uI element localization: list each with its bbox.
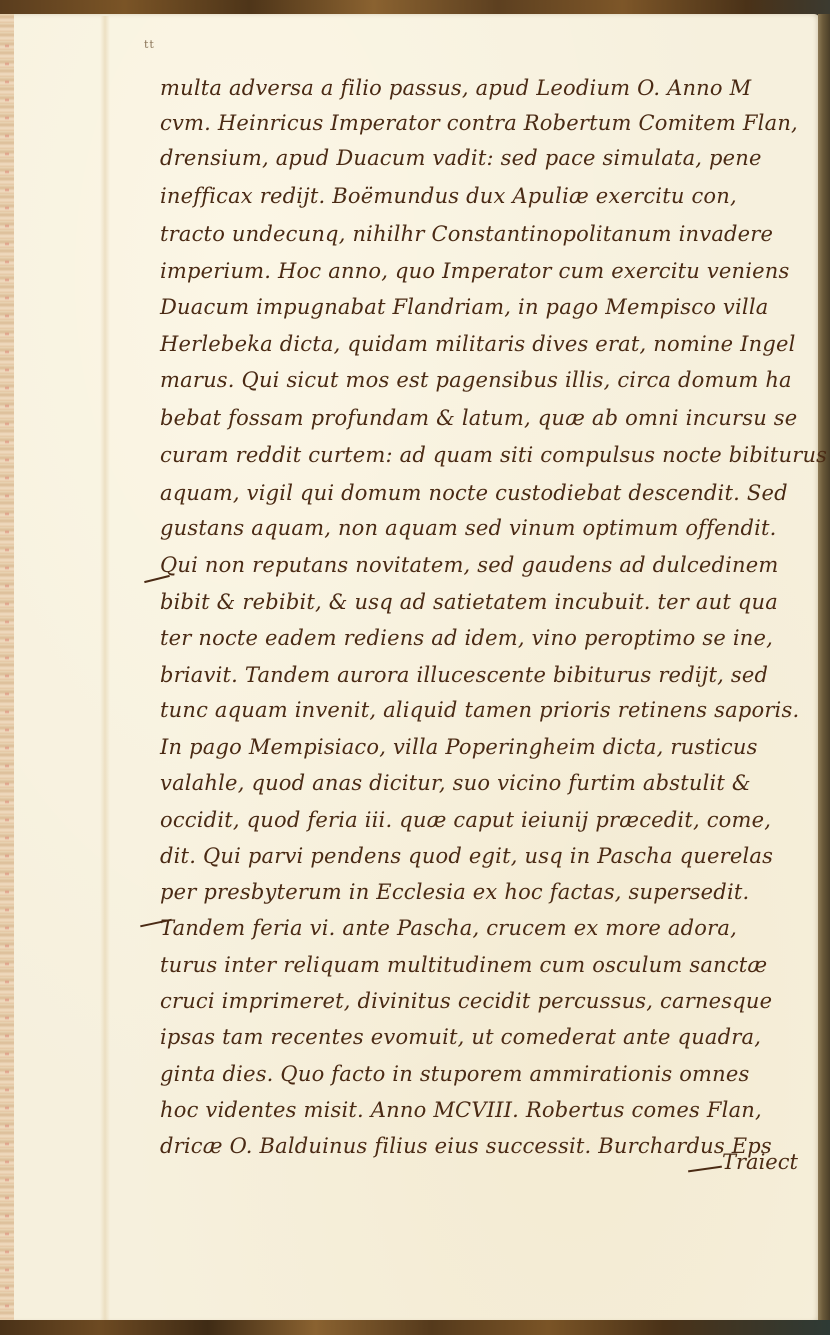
text-line: tunc aquam invenit, aliquid tamen priori… [160,698,799,722]
text-line: gustans aquam, non aquam sed vinum optim… [160,516,777,540]
corner-mark: tt [144,38,155,51]
book-cover-edge [818,14,830,1324]
text-line: curam reddit curtem: ad quam siti compul… [160,443,827,467]
book-binding-bottom [0,1320,830,1335]
text-line: aquam, vigil qui domum nocte custodiebat… [160,481,788,505]
red-edge-specks [5,30,9,1320]
text-line: occidit, quod feria iii. quæ caput ieiun… [160,808,771,832]
text-line: drensium, apud Duacum vadit: sed pace si… [160,146,762,170]
text-line: inefficax redijt. Boëmundus dux Apuliæ e… [160,184,737,208]
page-fold-shadow [100,16,110,1322]
catchword: Traiect [722,1150,798,1174]
text-line: ipsas tam recentes evomuit, ut comederat… [160,1025,761,1049]
text-line: Tandem feria vi. ante Pascha, crucem ex … [160,916,737,940]
text-line: briavit. Tandem aurora illucescente bibi… [160,663,768,687]
text-line: cruci imprimeret, divinitus cecidit perc… [160,989,772,1013]
text-line: bebat fossam profundam & latum, quæ ab o… [160,406,797,430]
text-line: hoc videntes misit. Anno MCVIII. Robertu… [160,1098,762,1122]
text-line: imperium. Hoc anno, quo Imperator cum ex… [160,259,790,283]
text-line: In pago Mempisiaco, villa Poperingheim d… [160,735,758,759]
text-line: tracto undecunq, nihilhr Constantinopoli… [160,222,773,246]
text-line: turus inter reliquam multitudinem cum os… [160,953,767,977]
text-line: marus. Qui sicut mos est pagensibus illi… [160,368,792,392]
text-line: dit. Qui parvi pendens quod egit, usq in… [160,844,773,868]
text-line: per presbyterum in Ecclesia ex hoc facta… [160,880,749,904]
text-line: multa adversa a filio passus, apud Leodi… [160,76,751,100]
text-line: Duacum impugnabat Flandriam, in pago Mem… [160,295,768,319]
text-line: valahle, quod anas dicitur, suo vicino f… [160,771,751,795]
text-line: dricæ O. Balduinus filius eius successit… [160,1134,772,1158]
text-line: Herlebeka dicta, quidam militaris dives … [160,332,796,356]
text-line: bibit & rebibit, & usq ad satietatem inc… [160,590,778,614]
text-line: Qui non reputans novitatem, sed gaudens … [160,553,779,577]
text-line: ginta dies. Quo facto in stuporem ammira… [160,1062,750,1086]
text-line: ter nocte eadem rediens ad idem, vino pe… [160,626,773,650]
text-line: cvm. Heinricus Imperator contra Robertum… [160,111,798,135]
